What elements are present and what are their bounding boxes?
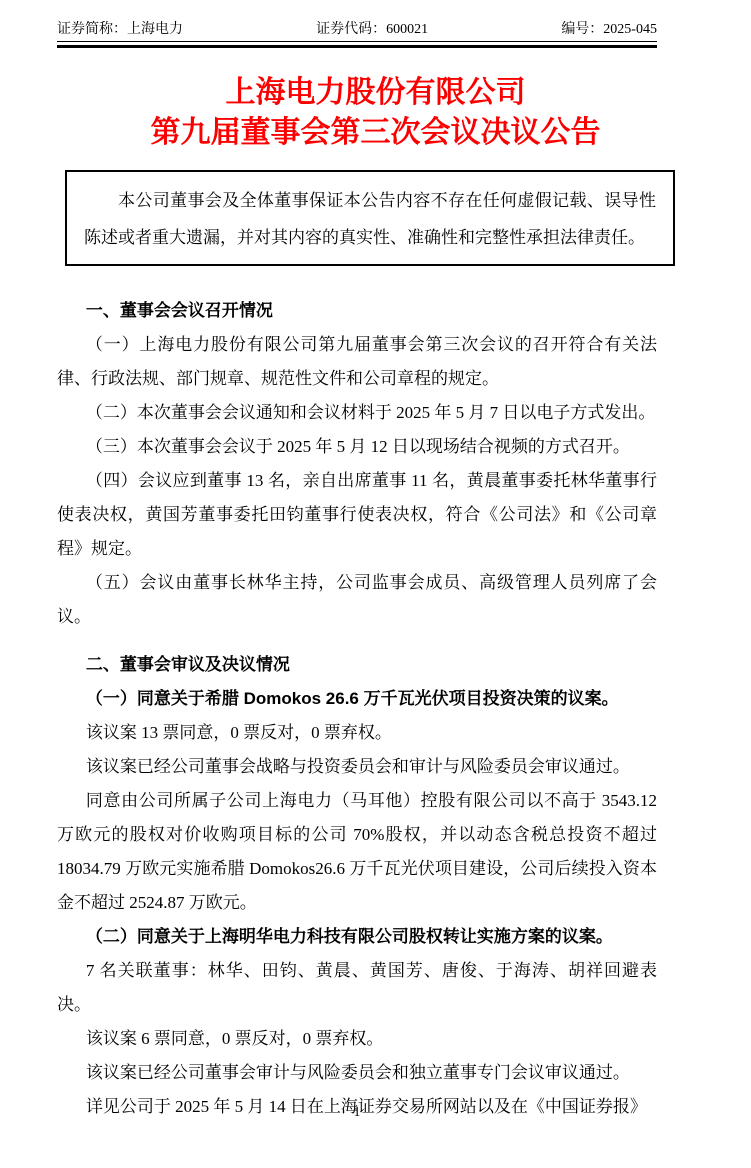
body-paragraph-convening-3: （三）本次董事会会议于 2025 年 5 月 12 日以现场结合视频的方式召开。 (57, 430, 657, 464)
disclaimer-box: 本公司董事会及全体董事保证本公告内容不存在任何虚假记载、误导性陈述或者重大遗漏，… (65, 170, 675, 266)
resolution-2-title: （二）同意关于上海明华电力科技有限公司股权转让实施方案的议案。 (57, 920, 657, 954)
header-thick-rule (57, 45, 657, 48)
resolution-2-votes: 该议案 6 票同意，0 票反对，0 票弃权。 (57, 1022, 657, 1056)
resolution-2-committee: 该议案已经公司董事会审计与风险委员会和独立董事专门会议审议通过。 (57, 1056, 657, 1090)
document-title-line1: 上海电力股份有限公司 (0, 73, 751, 113)
stock-info-header: 证券简称：上海电力 证券代码：600021 编号：2025-045 (57, 18, 657, 42)
page-number: 1 (57, 1105, 657, 1121)
body-paragraph-convening-1: （一）上海电力股份有限公司第九届董事会第三次会议的召开符合有关法律、行政法规、部… (57, 328, 657, 396)
section-heading-resolutions: 二、董事会审议及决议情况 (57, 648, 657, 682)
body-paragraph-convening-2: （二）本次董事会会议通知和会议材料于 2025 年 5 月 7 日以电子方式发出… (57, 396, 657, 430)
document-title-line2: 第九届董事会第三次会议决议公告 (0, 113, 751, 153)
document-title: 上海电力股份有限公司 第九届董事会第三次会议决议公告 (0, 73, 751, 153)
disclaimer-text: 本公司董事会及全体董事保证本公告内容不存在任何虚假记载、误导性陈述或者重大遗漏，… (84, 191, 656, 247)
document-body: 一、董事会会议召开情况 （一）上海电力股份有限公司第九届董事会第三次会议的召开符… (57, 294, 657, 1124)
resolution-2-recusal: 7 名关联董事：林华、田钧、黄晨、黄国芳、唐俊、于海涛、胡祥回避表决。 (57, 954, 657, 1022)
announcement-page: 证券简称：上海电力 证券代码：600021 编号：2025-045 上海电力股份… (0, 0, 751, 1168)
resolution-1-title: （一）同意关于希腊 Domokos 26.6 万千瓦光伏项目投资决策的议案。 (57, 682, 657, 716)
resolution-1-detail: 同意由公司所属子公司上海电力（马耳他）控股有限公司以不高于 3543.12 万欧… (57, 784, 657, 920)
resolution-1-votes: 该议案 13 票同意，0 票反对，0 票弃权。 (57, 716, 657, 750)
body-paragraph-convening-5: （五）会议由董事长林华主持，公司监事会成员、高级管理人员列席了会议。 (57, 566, 657, 634)
body-paragraph-convening-4: （四）会议应到董事 13 名，亲自出席董事 11 名，黄晨董事委托林华董事行使表… (57, 464, 657, 566)
section-heading-meeting-convening: 一、董事会会议召开情况 (57, 294, 657, 328)
resolution-1-committee: 该议案已经公司董事会战略与投资委员会和审计与风险委员会审议通过。 (57, 750, 657, 784)
doc-number: 编号：2025-045 (561, 18, 657, 38)
stock-short-name: 证券简称：上海电力 (57, 18, 183, 38)
stock-code: 证券代码：600021 (316, 18, 428, 38)
